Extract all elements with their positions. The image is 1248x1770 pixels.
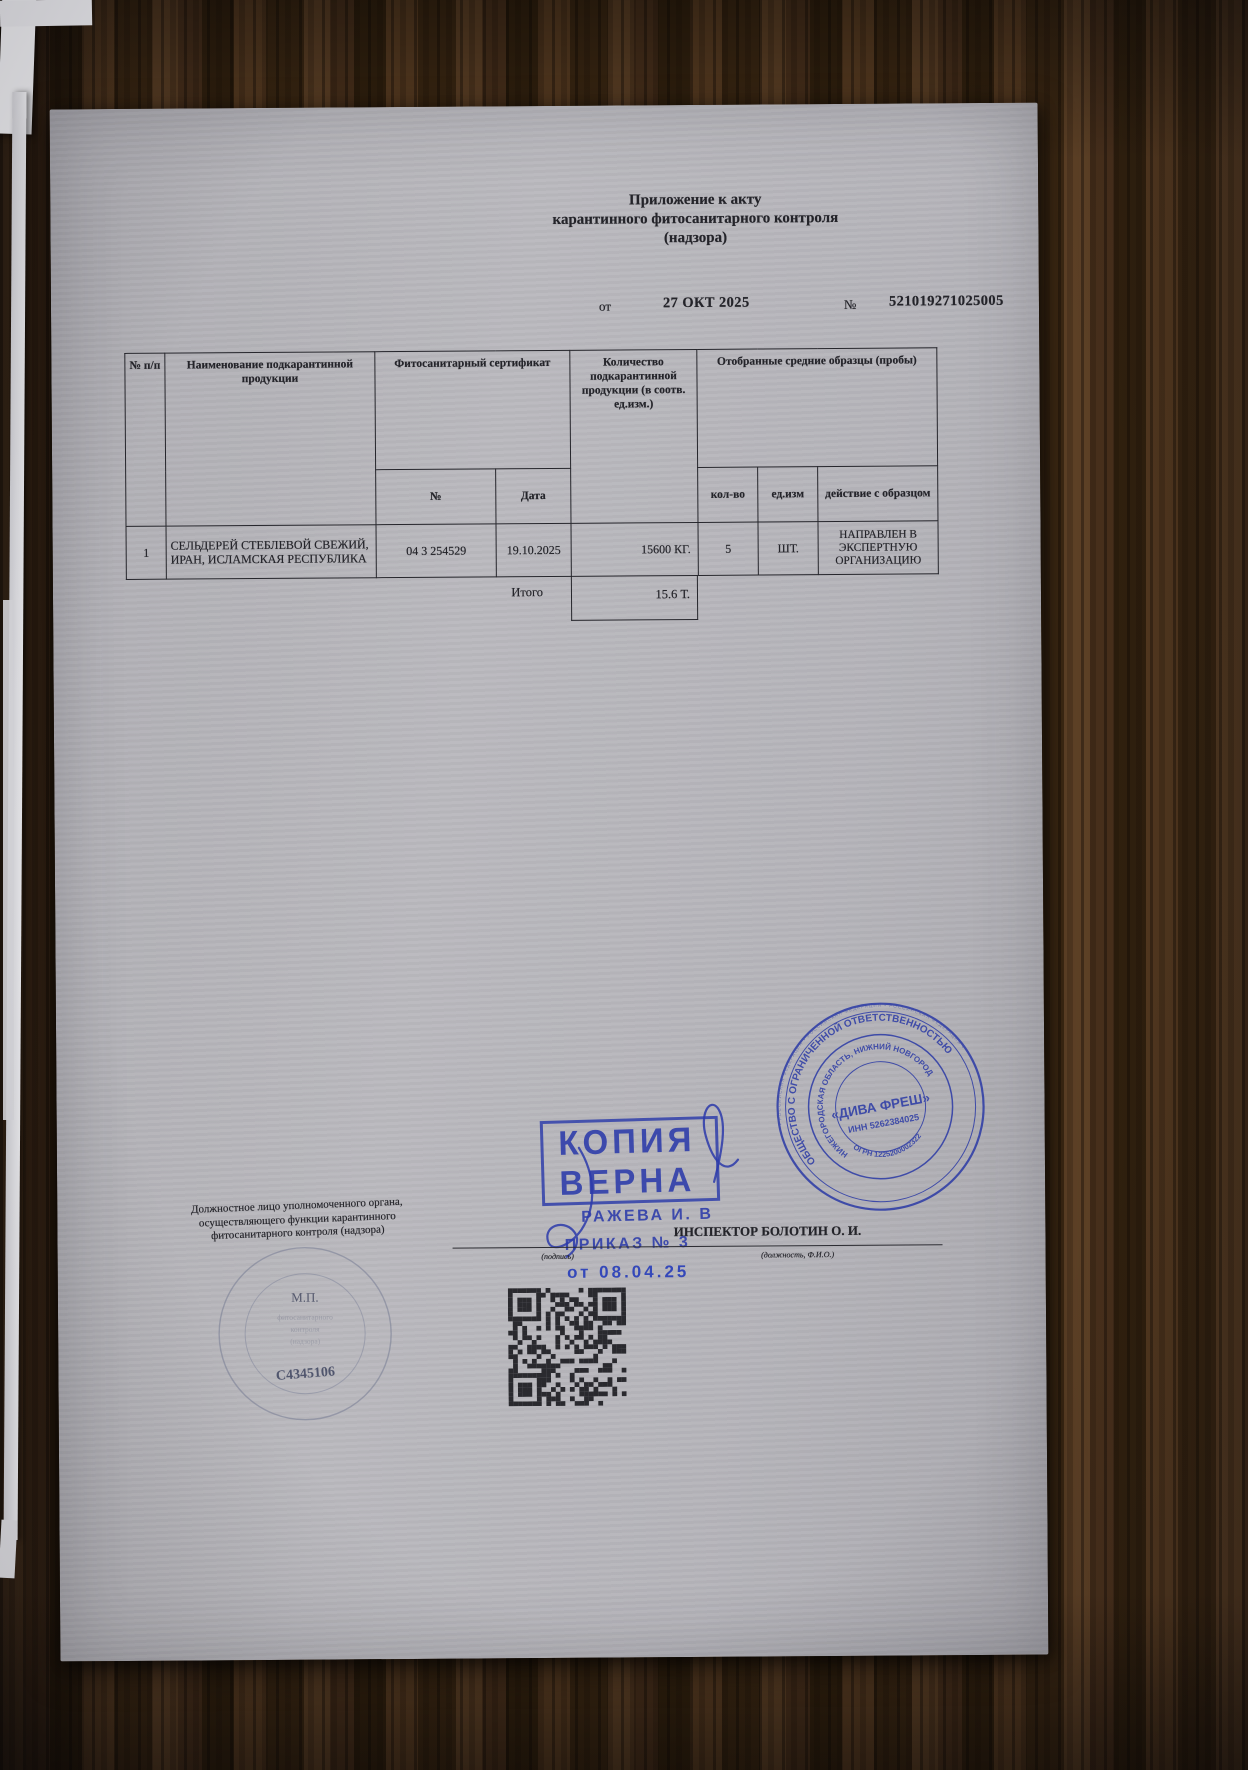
col-header-no: № п/п bbox=[125, 353, 166, 526]
mp-label: М.П. bbox=[291, 1290, 319, 1305]
seal-ogrn: ОГРН 1225200002322 bbox=[851, 1131, 926, 1165]
mp-round-seal: М.П. фитосанитарного контроля (надзора) … bbox=[215, 1243, 396, 1424]
paper-stack-edge bbox=[3, 600, 14, 1120]
act-number-label: № bbox=[844, 297, 857, 313]
col-header-certificate: Фитосанитарный сертификат bbox=[375, 350, 571, 469]
document-sheet: Приложение к акту карантинного фитосанит… bbox=[50, 103, 1049, 1662]
copy-stamp-date: от 08.04.25 bbox=[546, 1262, 711, 1283]
table-row: 1 СЕЛЬДЕРЕЙ СТЕБЛЕВОЙ СВЕЖИЙ, ИРАН, ИСЛА… bbox=[126, 521, 938, 580]
total-label: Итого bbox=[433, 585, 543, 601]
mp-faint-line2: контроля bbox=[291, 1325, 321, 1334]
col-header-samples: Отобранные средние образцы (пробы) bbox=[697, 348, 938, 468]
page-title-line3: (надзора) bbox=[410, 227, 980, 250]
page-title: Приложение к акту карантинного фитосанит… bbox=[410, 189, 980, 250]
col-header-product: Наименование подкарантинной продукции bbox=[165, 352, 376, 526]
total-box: 15.6 Т. bbox=[571, 575, 698, 621]
act-number: 521019271025005 bbox=[889, 293, 1004, 311]
cell-product-name: СЕЛЬДЕРЕЙ СТЕБЛЕВОЙ СВЕЖИЙ, ИРАН, ИСЛАМС… bbox=[166, 525, 376, 579]
act-date-row: от 27 ОКТ 2025 № 521019271025005 bbox=[50, 103, 1038, 110]
official-caption: Должностное лицо уполномоченного органа,… bbox=[147, 1194, 448, 1246]
photo-background: Приложение к акту карантинного фитосанит… bbox=[0, 0, 1248, 1770]
subcol-count: кол-во bbox=[698, 467, 758, 522]
subcol-cert-date: Дата bbox=[496, 468, 571, 524]
signature-caption: (подпись) bbox=[488, 1251, 628, 1261]
signature-flourish bbox=[652, 1100, 743, 1191]
signature bbox=[535, 1144, 621, 1263]
cell-sample-action: НАПРАВЛЕН В ЭКСПЕРТНУЮ ОРГАНИЗАЦИЮ bbox=[818, 521, 938, 575]
cell-quantity: 15600 КГ. bbox=[571, 522, 698, 576]
subcol-action: действие с образцом bbox=[818, 466, 938, 522]
mp-code: С4345106 bbox=[275, 1364, 335, 1383]
inspector-name: ИНСПЕКТОР БОЛОТИН О. И. bbox=[657, 1223, 877, 1241]
subcol-unit: ед.изм bbox=[758, 467, 818, 522]
table-header-row: № п/п Наименование подкарантинной продук… bbox=[125, 348, 938, 472]
mp-faint-line1: фитосанитарного bbox=[277, 1313, 333, 1322]
position-caption: (должность, Ф.И.О.) bbox=[718, 1250, 878, 1260]
subcol-cert-no: № bbox=[376, 469, 496, 525]
cell-cert-date: 19.10.2025 bbox=[496, 523, 571, 577]
cell-sample-unit: ШТ. bbox=[758, 522, 818, 575]
date-from-label: от bbox=[599, 299, 611, 315]
company-round-seal: • РОССИЙСКАЯ ФЕДЕРАЦИЯ • РОССИЙСКАЯ ФЕДЕ… bbox=[757, 983, 1004, 1230]
paper-stack-edge bbox=[0, 1520, 18, 1579]
paper-stack-edge bbox=[0, 0, 92, 27]
act-date: 27 ОКТ 2025 bbox=[663, 295, 750, 313]
products-table: № п/п Наименование подкарантинной продук… bbox=[124, 347, 939, 580]
mp-faint-line3: (надзора) bbox=[290, 1337, 321, 1346]
qr-code bbox=[508, 1287, 627, 1406]
cell-cert-no: 04 3 254529 bbox=[376, 524, 496, 578]
cell-sample-count: 5 bbox=[698, 522, 758, 575]
col-header-quantity: Количество подкарантинной продукции (в с… bbox=[570, 349, 698, 523]
total-value: 15.6 Т. bbox=[655, 587, 690, 602]
cell-row-no: 1 bbox=[126, 526, 166, 579]
